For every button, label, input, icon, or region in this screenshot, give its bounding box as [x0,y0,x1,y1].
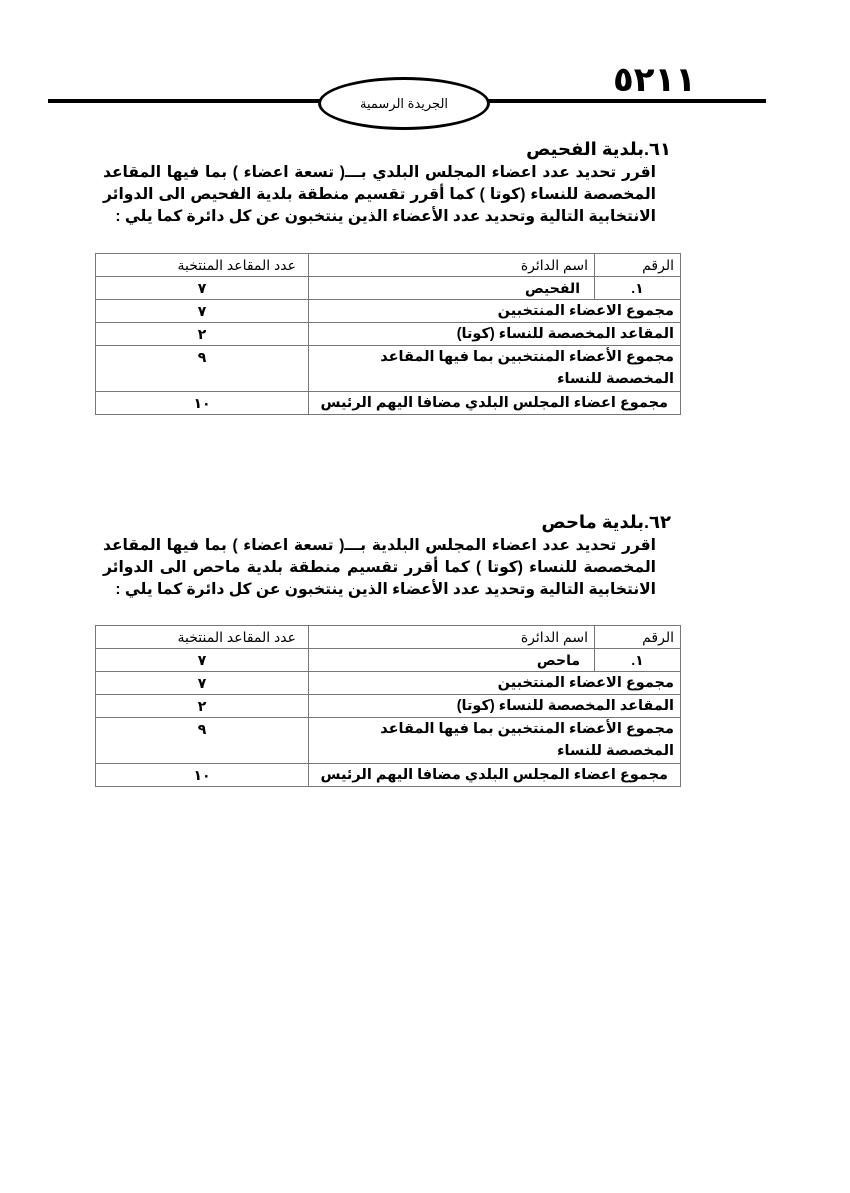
header-number: الرقم [595,254,681,277]
summary-label: مجموع الاعضاء المنتخبين [309,672,681,695]
district-name: ماحص [309,649,595,672]
gazette-emblem: الجريدة الرسمية [318,77,490,130]
districts-table-mahis: الرقم اسم الدائرة عدد المقاعد المنتخبة ١… [95,625,681,787]
summary-row: مجموع الاعضاء المنتخبين ٧ [96,300,681,323]
summary-value: ٢ [96,323,309,346]
section-title: ٦٢.بلدية ماحص [95,511,681,533]
section-title: ٦١.بلدية الفحيص [95,138,681,160]
section-mahis: ٦٢.بلدية ماحص اقرر تحديد عدد اعضاء المجل… [95,511,681,601]
summary-value: ١٠ [96,392,309,415]
header-rule-right [484,99,766,103]
summary-label: مجموع الأعضاء المنتخبين بما فيها المقاعد… [309,718,681,764]
summary-value: ٧ [96,672,309,695]
summary-label: مجموع اعضاء المجلس البلدي مضافا اليهم ال… [309,392,681,415]
summary-row: مجموع الأعضاء المنتخبين بما فيها المقاعد… [96,718,681,764]
summary-value: ٩ [96,718,309,764]
districts-table-fuheis: الرقم اسم الدائرة عدد المقاعد المنتخبة ١… [95,253,681,415]
header-seats: عدد المقاعد المنتخبة [96,626,309,649]
section-fuheis: ٦١.بلدية الفحيص اقرر تحديد عدد اعضاء الم… [95,138,681,228]
summary-row: مجموع اعضاء المجلس البلدي مضافا اليهم ال… [96,764,681,787]
summary-row: مجموع الاعضاء المنتخبين ٧ [96,672,681,695]
header-number: الرقم [595,626,681,649]
summary-row: المقاعد المخصصة للنساء (كوتا) ٢ [96,323,681,346]
page-number: ٥٢١١ [626,62,696,98]
section-body: اقرر تحديد عدد اعضاء المجلس البلدي بـــ(… [95,162,681,228]
district-seats: ٧ [96,649,309,672]
summary-label: المقاعد المخصصة للنساء (كوتا) [309,323,681,346]
summary-label: مجموع الأعضاء المنتخبين بما فيها المقاعد… [309,346,681,392]
district-number: ١. [595,649,681,672]
summary-value: ١٠ [96,764,309,787]
header-rule-left [48,99,322,103]
gazette-emblem-text: الجريدة الرسمية [360,96,448,112]
district-number: ١. [595,277,681,300]
district-seats: ٧ [96,277,309,300]
district-name: الفحيص [309,277,595,300]
table-header-row: الرقم اسم الدائرة عدد المقاعد المنتخبة [96,254,681,277]
section-body: اقرر تحديد عدد اعضاء المجلس البلدية بـــ… [95,535,681,601]
summary-value: ٧ [96,300,309,323]
header-district: اسم الدائرة [309,626,595,649]
header-seats: عدد المقاعد المنتخبة [96,254,309,277]
summary-label: مجموع اعضاء المجلس البلدي مضافا اليهم ال… [309,764,681,787]
summary-value: ٢ [96,695,309,718]
table-row: ١. ماحص ٧ [96,649,681,672]
header-district: اسم الدائرة [309,254,595,277]
summary-row: المقاعد المخصصة للنساء (كوتا) ٢ [96,695,681,718]
summary-row: مجموع اعضاء المجلس البلدي مضافا اليهم ال… [96,392,681,415]
summary-row: مجموع الأعضاء المنتخبين بما فيها المقاعد… [96,346,681,392]
table-row: ١. الفحيص ٧ [96,277,681,300]
summary-label: مجموع الاعضاء المنتخبين [309,300,681,323]
table-header-row: الرقم اسم الدائرة عدد المقاعد المنتخبة [96,626,681,649]
summary-value: ٩ [96,346,309,392]
summary-label: المقاعد المخصصة للنساء (كوتا) [309,695,681,718]
